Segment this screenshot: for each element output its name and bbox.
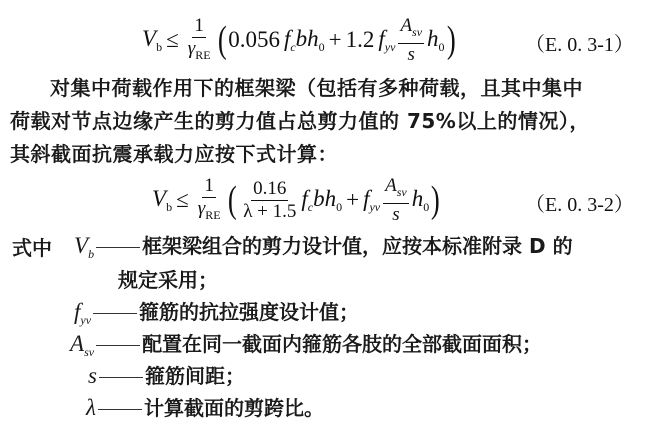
- em-dash: [96, 247, 140, 248]
- definition-asv: Asv配置在同一截面内箍筋各肢的全部截面面积；: [70, 328, 542, 360]
- symbol-vb: Vb: [74, 233, 94, 258]
- formula-e-0-3-1: Vb ≤ 1 γRE ( 0.056 fc bh0 + 1.2 fyv Asv …: [142, 12, 457, 68]
- leq-symbol: ≤: [166, 27, 179, 53]
- em-dash: [98, 409, 142, 410]
- definition-vb: Vb框架梁组合的剪力设计值，应按本标准附录 D 的: [74, 230, 573, 262]
- definition-vb-continued: 规定采用；: [118, 264, 218, 293]
- h0-symbol: h0: [412, 186, 430, 215]
- symbol-fyv: fyv: [74, 299, 91, 324]
- plus-sign: +: [329, 27, 342, 53]
- fyv-symbol: fyv: [378, 26, 395, 55]
- paragraph-line-3: 其斜截面抗震承载力应按下式计算：: [10, 138, 338, 171]
- fc-symbol: fc: [284, 26, 296, 55]
- open-paren: (: [217, 21, 226, 59]
- fyv-symbol: fyv: [363, 186, 380, 215]
- close-paren: ): [446, 21, 455, 59]
- fraction-1-over-gamma: 1 γRE: [186, 15, 213, 66]
- symbol-s: s: [88, 363, 97, 388]
- symbol-lambda: λ: [86, 395, 96, 420]
- fc-symbol: fc: [301, 186, 313, 215]
- paragraph-line-2: 荷载对节点边缘产生的剪力值占总剪力值的 75%以上的情况），: [10, 105, 590, 138]
- em-dash: [93, 313, 137, 314]
- formula-lhs: Vb: [142, 26, 162, 55]
- equation-number-1: （E. 0. 3-1）: [525, 28, 634, 57]
- paragraph-line-1: 对集中荷载作用下的框架梁（包括有多种荷载，且其中集中: [50, 72, 583, 105]
- fraction-coefficient: 0.16 λ + 1.5: [241, 178, 298, 223]
- em-dash: [96, 345, 140, 346]
- leq-symbol: ≤: [176, 187, 189, 213]
- plus-sign: +: [346, 187, 359, 213]
- coefficient-12: 1.2: [346, 27, 375, 53]
- fraction-1-over-gamma: 1 γRE: [196, 175, 223, 226]
- bh0-symbol: bh0: [296, 26, 325, 55]
- fraction-asv-over-s: Asv s: [398, 15, 424, 66]
- symbol-asv: Asv: [70, 331, 94, 356]
- formula-e-0-3-2: Vb ≤ 1 γRE ( 0.16 λ + 1.5 fc bh0 + fyv A…: [152, 172, 442, 228]
- em-dash: [99, 377, 143, 378]
- close-paren: ): [431, 181, 440, 219]
- definition-lambda: λ计算截面的剪跨比。: [86, 392, 324, 421]
- equation-number-2: （E. 0. 3-2）: [525, 188, 634, 217]
- h0-symbol: h0: [427, 26, 445, 55]
- definition-s: s箍筋间距；: [88, 360, 245, 389]
- coefficient-0056: 0.056: [228, 27, 280, 53]
- definitions-intro: 式中: [12, 232, 52, 261]
- definition-fyv: fyv箍筋的抗拉强度设计值；: [74, 296, 359, 328]
- formula-lhs: Vb: [152, 186, 172, 215]
- fraction-asv-over-s: Asv s: [383, 175, 409, 226]
- open-paren: (: [227, 181, 236, 219]
- bh0-symbol: bh0: [313, 186, 342, 215]
